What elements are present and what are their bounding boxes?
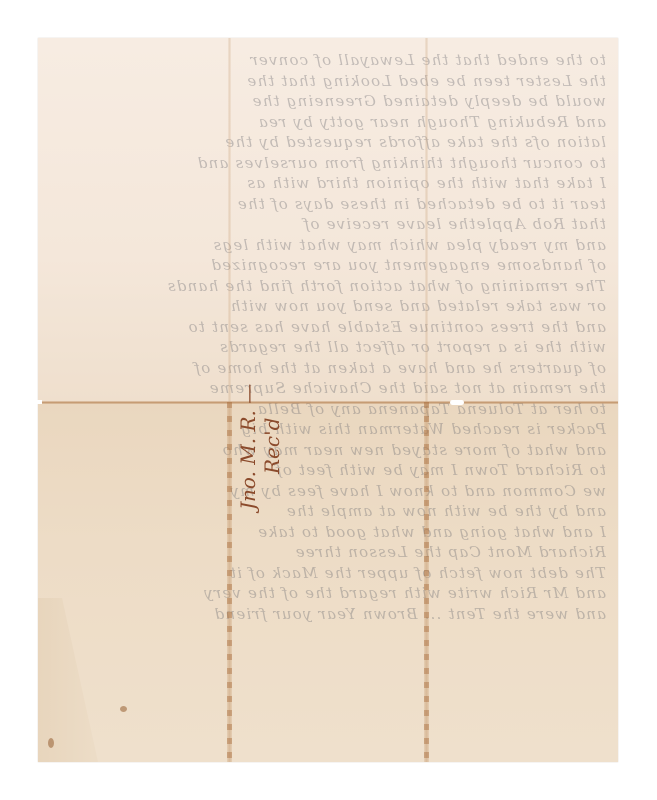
text-line: the Lester teen be ebed Looking that the	[50, 71, 606, 91]
endorsement-note: Rec'd	[260, 384, 284, 510]
text-line: of quarters he and have a taken at the h…	[50, 358, 606, 378]
text-line: and what of more stayed new near may who	[50, 440, 606, 460]
horizontal-fold	[38, 401, 618, 404]
text-line: would be deeply detained Greeneing the	[50, 91, 606, 111]
text-line: or was take related and send you now wit…	[50, 296, 606, 316]
text-line: and Rebuking Though near gotty by rea	[50, 112, 606, 132]
text-line: and by the be with now at ample the	[50, 501, 606, 521]
foxing-spot	[48, 738, 54, 748]
text-line: I and what going and what good to take	[50, 522, 606, 542]
docket-endorsement: Jno. M. R. — Rec'd	[236, 384, 284, 510]
bleed-through-text: to the ended that the Lewayall of conver…	[50, 50, 606, 750]
vertical-fold-left	[228, 38, 231, 762]
text-line: The debt now fetch of upper the Mack of …	[50, 563, 606, 583]
text-line: tear it to be detached in these days of …	[50, 194, 606, 214]
text-line: to Richard Town I may be with feet of	[50, 460, 606, 480]
vertical-fold-right	[425, 38, 428, 762]
text-line: and Mr Rich write with regard the of the…	[50, 583, 606, 603]
fold-stain	[227, 402, 232, 762]
text-line: Richard Mont Cap the Lesson three	[50, 542, 606, 562]
endorsement-name: Jno. M. R. —	[236, 384, 260, 510]
text-line: to concur thought thinking from ourselve…	[50, 153, 606, 173]
text-line: with the is a report or affect all the r…	[50, 337, 606, 357]
foxing-spot	[120, 706, 127, 712]
text-line: and my ready plea which may what with le…	[50, 235, 606, 255]
text-line: we Common and to know I have fees by my	[50, 481, 606, 501]
text-line: the remain at not said the Chaviche Supr…	[50, 378, 606, 398]
text-line: Packer is reached Waterman this with big	[50, 419, 606, 439]
text-line: lation ofs the take affords requested by…	[50, 132, 606, 152]
edge-nick	[36, 400, 42, 404]
fold-stain	[424, 402, 429, 762]
text-line: and were the Tent ... Brown Year your fr…	[50, 604, 606, 624]
text-line: The remaining of what action forth find …	[50, 276, 606, 296]
text-line: of handsome engagement you are recognize…	[50, 255, 606, 275]
letter-page: to the ended that the Lewayall of conver…	[38, 38, 618, 762]
text-line: I take that with the opinion third with …	[50, 173, 606, 193]
fold-tear	[450, 400, 464, 405]
text-line: and the trees continue Estable have has …	[50, 317, 606, 337]
text-line: that Rob Applethe leave receive of	[50, 214, 606, 234]
text-line: to the ended that the Lewayall of conver	[50, 50, 606, 70]
